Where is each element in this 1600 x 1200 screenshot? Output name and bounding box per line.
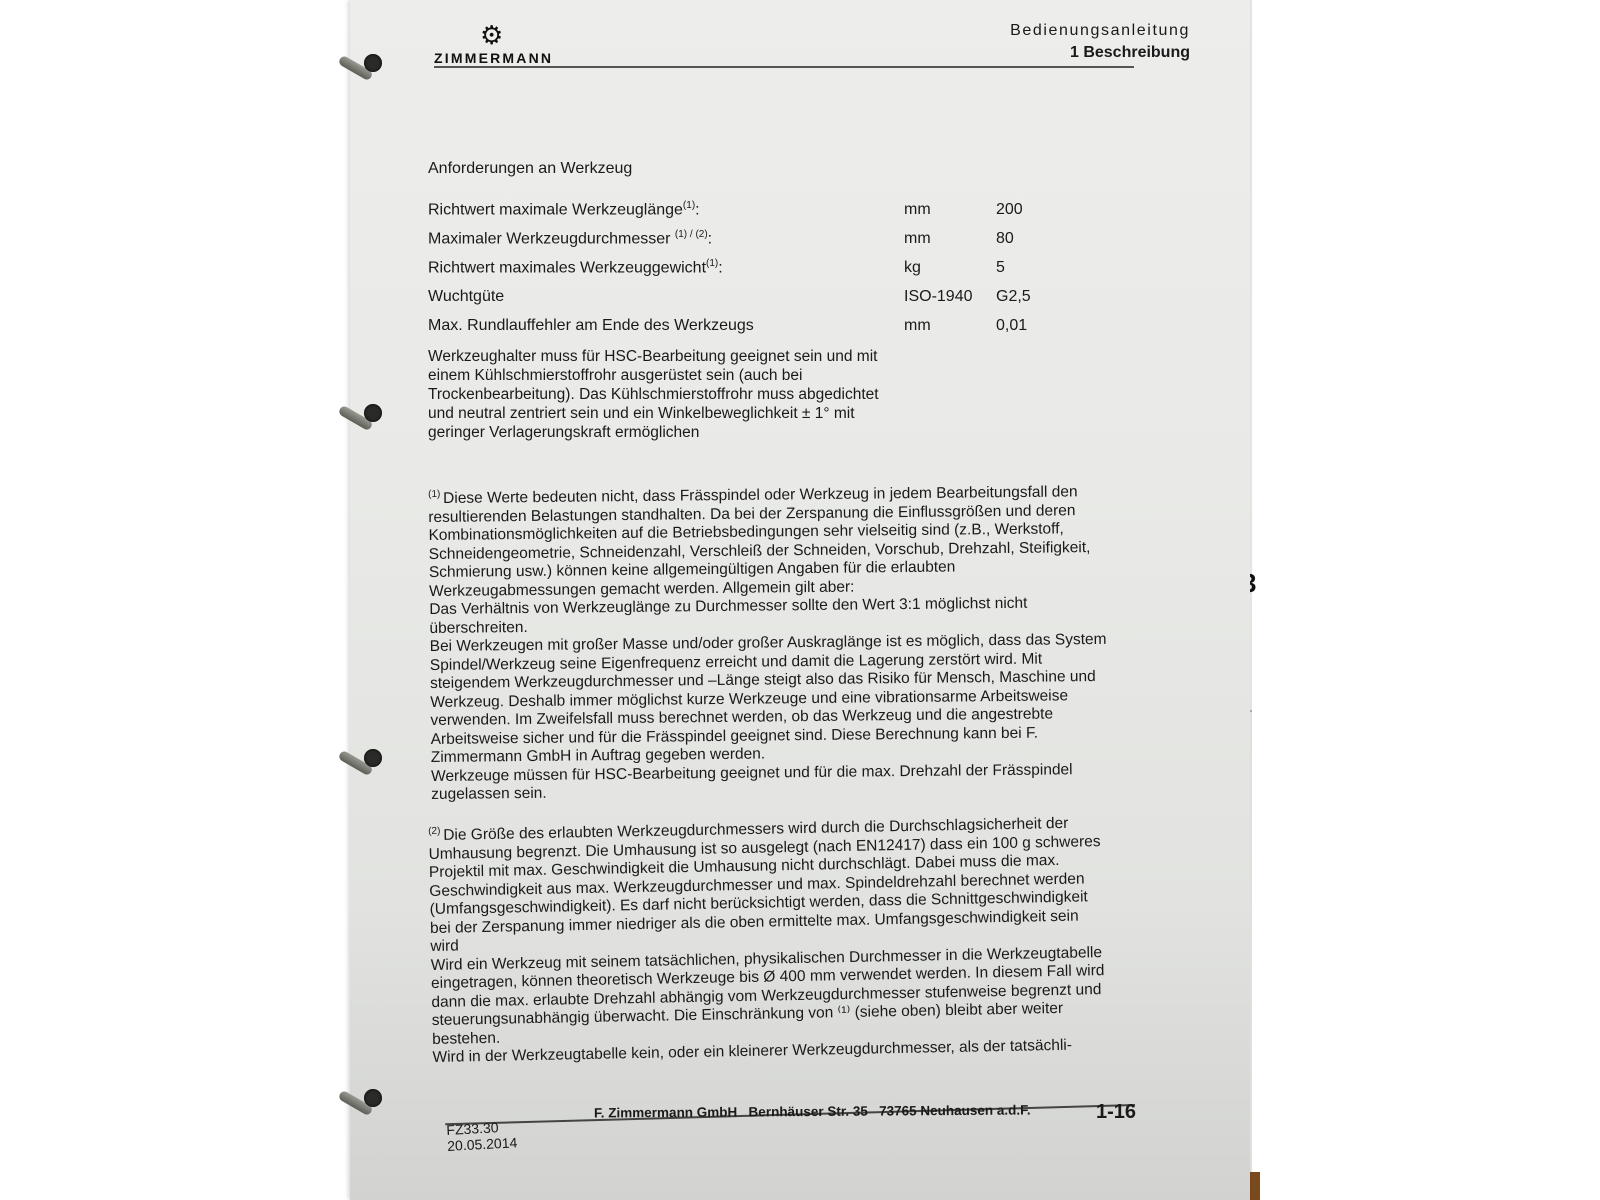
doc-date: 20.05.2014: [447, 1134, 518, 1154]
requirements-table: Richtwert maximale Werkzeuglänge(1):mm20…: [428, 194, 1031, 339]
requirement-label: Richtwert maximale Werkzeuglänge(1):: [428, 194, 904, 223]
requirement-value: 80: [996, 223, 1031, 252]
footer-company-address: F. Zimmermann GmbH Bernhäuser Str. 35 73…: [594, 1102, 1031, 1120]
requirement-row: Maximaler Werkzeugdurchmesser (1) / (2):…: [428, 223, 1031, 252]
requirement-unit: kg: [904, 252, 996, 281]
requirement-row: Max. Rundlauffehler am Ende des Werkzeug…: [428, 310, 1031, 339]
requirement-label: Max. Rundlauffehler am Ende des Werkzeug…: [428, 310, 904, 339]
requirement-label: Wuchtgüte: [428, 281, 904, 310]
footnote-marker: (1): [428, 489, 443, 500]
footer-doc-info: FZ33.30 20.05.2014: [446, 1118, 518, 1154]
document-type: Bedienungsanleitung: [1010, 22, 1190, 40]
requirement-unit: mm: [904, 310, 996, 339]
requirement-row: Richtwert maximales Werkzeuggewicht(1):k…: [428, 252, 1031, 281]
gear-icon: ⚙: [480, 22, 503, 48]
footnote-marker: (2): [428, 825, 443, 836]
requirement-value: 0,01: [996, 310, 1031, 339]
binder-ring: [340, 400, 390, 422]
requirement-value: 5: [996, 252, 1031, 281]
section-title: Anforderungen an Werkzeug: [428, 160, 1128, 178]
footnote-paragraph: (2) Die Größe des erlaubten Werkzeugdurc…: [428, 810, 1110, 957]
header-titles: Bedienungsanleitung 1 Beschreibung: [1010, 22, 1190, 62]
binder-ring: [340, 1085, 390, 1107]
requirement-value: G2,5: [996, 281, 1031, 310]
footnote-1: (1) Diese Werte bedeuten nicht, dass Frä…: [428, 479, 1111, 805]
requirement-label: Maximaler Werkzeugdurchmesser (1) / (2):: [428, 223, 904, 252]
header-divider: [434, 66, 1134, 68]
binder-ring: [340, 50, 390, 72]
requirement-label: Richtwert maximales Werkzeuggewicht(1):: [428, 252, 904, 281]
footnote-2: (2) Die Größe des erlaubten Werkzeugdurc…: [428, 810, 1113, 1068]
binder-ring: [340, 745, 390, 767]
requirement-unit: mm: [904, 223, 996, 252]
footnote-paragraph: Wird ein Werkzeug mit seinem tatsächlich…: [431, 943, 1113, 1049]
manual-page: ⚙ ZIMMERMANN Bedienungsanleitung 1 Besch…: [350, 0, 1250, 1200]
footnote-paragraph: Bei Werkzeugen mit großer Masse und/oder…: [430, 631, 1111, 768]
footnote-paragraph: (1) Diese Werte bedeuten nicht, dass Frä…: [428, 479, 1109, 601]
footnote-paragraph: Werkzeuge müssen für HSC-Bearbeitung gee…: [431, 761, 1111, 805]
footnote-ref: (1): [706, 258, 718, 269]
page-number: 1-16: [1096, 1101, 1136, 1124]
footnote-ref: (1) / (2): [675, 229, 708, 240]
page-header: ⚙ ZIMMERMANN Bedienungsanleitung 1 Besch…: [434, 20, 1488, 70]
page-content: Anforderungen an Werkzeug Richtwert maxi…: [428, 160, 1128, 1067]
brand-name: ZIMMERMANN: [434, 50, 553, 66]
requirement-row: WuchtgüteISO-1940G2,5: [428, 281, 1031, 310]
requirement-unit: ISO-1940: [904, 281, 996, 310]
requirement-row: Richtwert maximale Werkzeuglänge(1):mm20…: [428, 194, 1031, 223]
requirement-unit: mm: [904, 194, 996, 223]
company-logo: ⚙ ZIMMERMANN: [434, 20, 564, 70]
requirement-value: 200: [996, 194, 1031, 223]
footnote-ref: (1): [683, 200, 695, 211]
holder-requirement-text: Werkzeughalter muss für HSC-Bearbeitung …: [428, 347, 888, 442]
chapter-title: 1 Beschreibung: [1010, 44, 1190, 62]
